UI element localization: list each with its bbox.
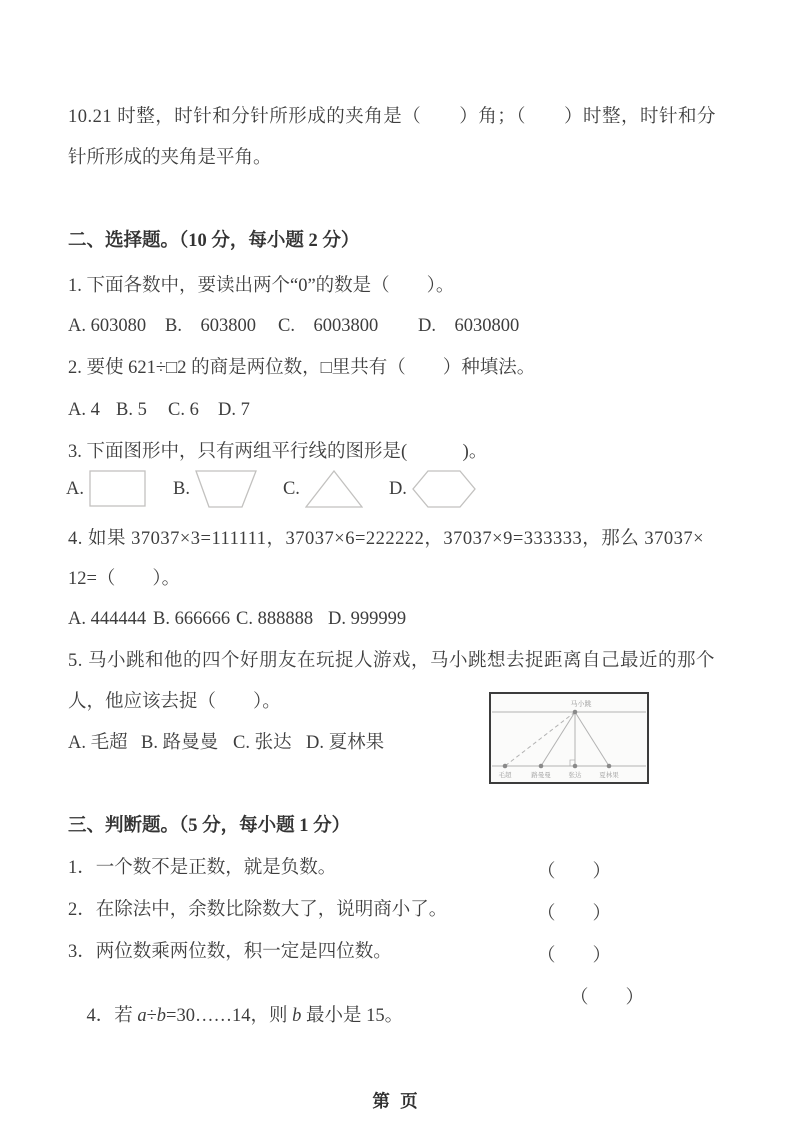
q3-shape-label-b: B. [173, 479, 190, 500]
q3-shape-options: A. B. C. D. [66, 470, 502, 508]
q1-option-c: C. 6003800 [278, 315, 418, 337]
q5-distance-diagram: 马小跳 毛超 路曼曼 张达 夏林果 [489, 692, 650, 785]
divide-sign: ÷ [147, 1006, 157, 1026]
q10-line1: 10.21 时整，时针和分针所形成的夹角是（ ）角；（ ）时整，时针和分 [68, 106, 716, 128]
judge-section-title: 三、判断题。（5 分，每小题 1 分） [68, 815, 350, 837]
exam-page: 10.21 时整，时针和分针所形成的夹角是（ ）角；（ ）时整，时针和分 针所形… [0, 0, 793, 1122]
hexagon-shape-icon [412, 470, 476, 508]
q4-line1: 4. 如果 37037×3=111111，37037×6=222222，3703… [68, 528, 704, 550]
choice-section-title: 二、选择题。（10 分，每小题 2 分） [68, 230, 359, 252]
q3-shape-label-c: C. [283, 479, 300, 500]
q2-option-a: A. 4 [68, 399, 116, 421]
q2-option-b: B. 5 [116, 399, 168, 421]
diagram-bottom-label-1: 毛超 [499, 770, 513, 779]
q4-option-d: D. 999999 [328, 608, 406, 630]
judge-item-2-text: 2．在除法中，余数比除数大了，说明商小了。 [68, 899, 447, 921]
q2-options: A. 4 B. 5 C. 6 D. 7 [68, 399, 250, 421]
variable-b: b [292, 1006, 301, 1026]
page-footer: 第 页 [0, 1088, 793, 1113]
judge-item-4-part: =30……14，则 [166, 1006, 292, 1026]
q4-line2: 12=（ ）。 [68, 568, 180, 590]
q1-option-a: A. 603080 [68, 315, 165, 337]
q3-shape-label-d: D. [389, 479, 407, 500]
q1-text: 1. 下面各数中，要读出两个“0”的数是（ ）。 [68, 275, 454, 297]
q4-option-b: B. 666666 [153, 608, 236, 630]
diagram-bottom-label-4: 夏林果 [599, 770, 619, 779]
q1-option-b: B. 603800 [165, 315, 278, 337]
q2-option-c: C. 6 [168, 399, 218, 421]
q2-text: 2. 要使 621÷□2 的商是两位数，□里共有（ ）种填法。 [68, 357, 535, 379]
variable-a: a [137, 1006, 146, 1026]
rectangle-shape-icon [89, 470, 147, 508]
judge-item-3-answer-blank: （ ） [537, 941, 611, 967]
q5-option-a: A. 毛超 [68, 732, 141, 754]
judge-item-2-answer-blank: （ ） [537, 899, 611, 925]
q3-shape-item-d: D. [389, 470, 476, 508]
trapezoid-shape-icon [195, 470, 257, 508]
q5-line2: 人，他应该去捉（ ）。 [68, 691, 281, 713]
diagram-bottom-label-2: 路曼曼 [531, 770, 551, 779]
q3-shape-item-a: A. [66, 470, 147, 508]
variable-b: b [157, 1006, 166, 1026]
q5-option-c: C. 张达 [233, 732, 306, 754]
q5-line1: 5. 马小跳和他的四个好朋友在玩捉人游戏，马小跳想去捉距离自己最近的那个 [68, 650, 715, 672]
q4-option-c: C. 888888 [236, 608, 328, 630]
judge-item-3-text: 3．两位数乘两位数，积一定是四位数。 [68, 941, 392, 963]
q3-shape-item-b: B. [173, 470, 257, 508]
q4-options: A. 444444 B. 666666 C. 888888 D. 999999 [68, 608, 406, 630]
q2-option-d: D. 7 [218, 399, 250, 421]
judge-item-1-text: 1．一个数不是正数，就是负数。 [68, 857, 336, 879]
q10-line2: 针所形成的夹角是平角。 [68, 147, 272, 169]
q1-options: A. 603080 B. 603800 C. 6003800 D. 603080… [68, 315, 519, 337]
q3-shape-label-a: A. [66, 479, 84, 500]
q5-option-d: D. 夏林果 [306, 732, 384, 754]
diagram-top-label: 马小跳 [571, 699, 592, 708]
q1-option-d: D. 6030800 [418, 315, 519, 337]
q3-text: 3. 下面图形中，只有两组平行线的图形是( )。 [68, 441, 487, 463]
triangle-shape-icon [305, 470, 363, 508]
diagram-bottom-label-3: 张达 [569, 770, 583, 779]
judge-item-4-part: 4．若 [87, 1006, 138, 1026]
q3-shape-item-c: C. [283, 470, 363, 508]
q5-options: A. 毛超 B. 路曼曼 C. 张达 D. 夏林果 [68, 732, 384, 754]
judge-item-1-answer-blank: （ ） [537, 857, 611, 883]
q5-option-b: B. 路曼曼 [141, 732, 233, 754]
judge-item-4-part: 最小是 15。 [301, 1006, 403, 1026]
judge-item-4-text: 4．若 a÷b=30……14，则 b 最小是 15。 [68, 983, 403, 1050]
q4-option-a: A. 444444 [68, 608, 153, 630]
judge-item-4-answer-blank: （ ） [570, 983, 644, 1009]
